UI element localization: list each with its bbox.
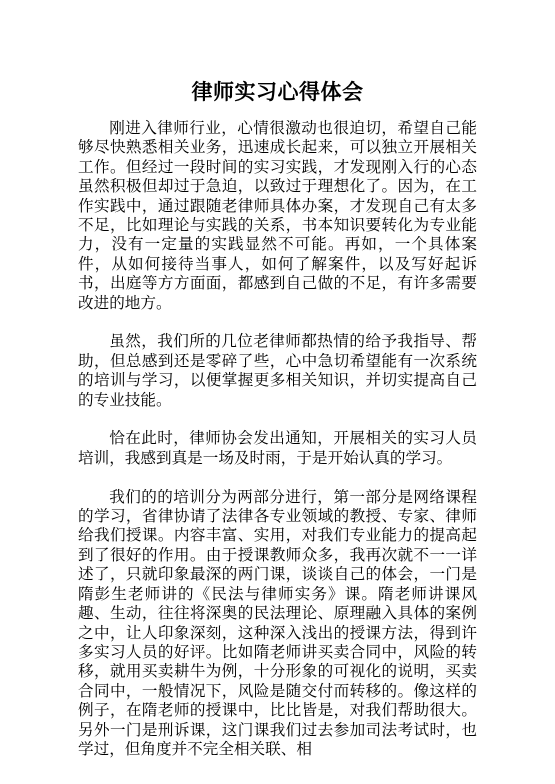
body-paragraph-1: 刚进入律师行业，心情很激动也很迫切，希望自己能够尽快熟悉相关业务，迅速成长起来，… [78, 119, 477, 313]
body-paragraph-3: 恰在此时，律师协会发出通知，开展相关的实习人员培训，我感到真是一场及时雨，于是开… [78, 429, 477, 468]
document-page: 律师实习心得体会 刚进入律师行业，心情很激动也很迫切，希望自己能够尽快熟悉相关业… [0, 0, 555, 784]
body-paragraph-4: 我们的的培训分为两部分进行，第一部分是网络课程的学习，省律协请了法律各专业领域的… [78, 488, 477, 760]
body-paragraph-2: 虽然，我们所的几位老律师都热情的给予我指导、帮助，但总感到还是零碎了些，心中急切… [78, 332, 477, 410]
document-title: 律师实习心得体会 [78, 80, 477, 106]
document-body: 刚进入律师行业，心情很激动也很迫切，希望自己能够尽快熟悉相关业务，迅速成长起来，… [78, 119, 477, 759]
